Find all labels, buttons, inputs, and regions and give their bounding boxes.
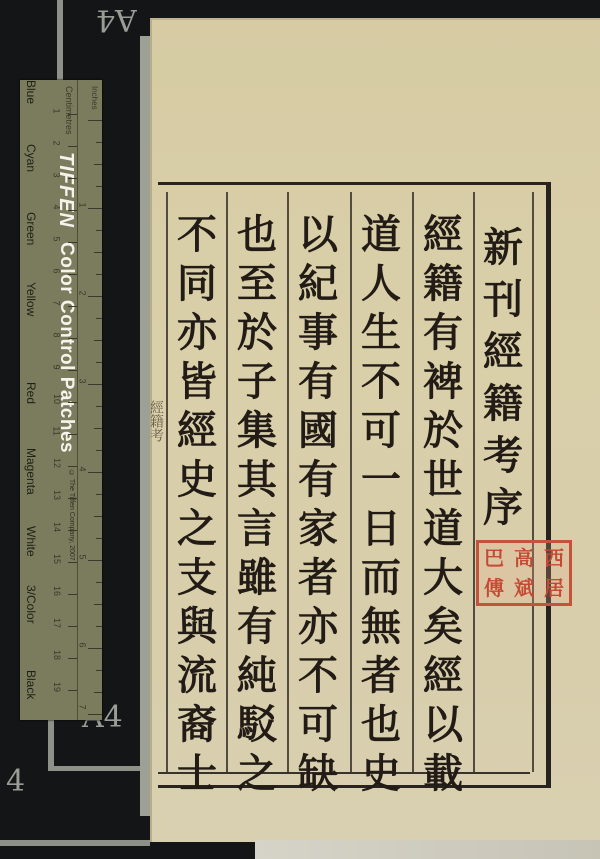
glyph: 有: [232, 602, 282, 651]
glyph: 於: [418, 406, 468, 455]
glyph: 道: [356, 210, 406, 259]
glyph: 不: [356, 357, 406, 406]
patch-label-cyan: Cyan: [24, 144, 38, 172]
glyph: 士: [172, 749, 222, 798]
glyph: 亦: [172, 308, 222, 357]
glyph: 裔: [172, 700, 222, 749]
glyph: 也: [356, 700, 406, 749]
text-column-title: 新 刊 經 籍 考 序: [474, 222, 532, 797]
glyph: 不: [172, 210, 222, 259]
glyph: 有: [293, 455, 343, 504]
seal-glyph: 斌: [509, 573, 539, 603]
seal-glyph: 高: [509, 543, 539, 573]
patch-label-magenta: Magenta: [24, 448, 38, 495]
glyph: 其: [232, 455, 282, 504]
patch-label-3color: 3/Color: [24, 585, 38, 624]
patch-label-yellow: Yellow: [24, 282, 38, 316]
glyph: 新: [478, 222, 528, 274]
glyph: 以: [293, 210, 343, 259]
seal-glyph: 西: [539, 543, 569, 573]
patch-label-black: Black: [24, 670, 38, 699]
glyph: 支: [172, 553, 222, 602]
glyph: 刊: [478, 274, 528, 326]
color-patch-labels: Blue Cyan Green Yellow Red Magenta White…: [24, 80, 52, 720]
text-column-1: 經 籍 有 裨 於 世 道 大 矣 經 以 載: [414, 210, 472, 785]
template-label-4: 4: [6, 764, 25, 799]
glyph: 也: [232, 210, 282, 259]
glyph: 史: [356, 749, 406, 798]
text-column-3: 以 紀 事 有 國 有 家 者 亦 不 可 缺: [289, 210, 347, 785]
glyph: 集: [232, 406, 282, 455]
glyph: 以: [418, 700, 468, 749]
glyph: 有: [293, 357, 343, 406]
glyph: 不: [293, 651, 343, 700]
glyph: 駁: [232, 700, 282, 749]
glyph: 人: [356, 259, 406, 308]
seal-glyph: 居: [539, 573, 569, 603]
book-bottom-pages: [255, 840, 600, 859]
glyph: 序: [478, 482, 528, 534]
patch-label-red: Red: [24, 382, 38, 404]
glyph: 亦: [293, 602, 343, 651]
glyph: 雖: [232, 553, 282, 602]
glyph: 缺: [293, 749, 343, 798]
template-line-vertical: [48, 720, 54, 770]
text-column-2: 道 人 生 不 可 一 日 而 無 者 也 史: [352, 210, 410, 785]
glyph: 之: [172, 504, 222, 553]
glyph: 紀: [293, 259, 343, 308]
template-line-vertical: [57, 0, 63, 80]
glyph: 流: [172, 651, 222, 700]
seal-glyph: 傅: [479, 573, 509, 603]
glyph: 於: [232, 308, 282, 357]
glyph: 可: [356, 406, 406, 455]
inch-scale: 1 2 3 4 5 6 7: [77, 80, 102, 720]
template-line-horizontal: [0, 840, 150, 846]
column-rule: [532, 192, 534, 772]
glyph: 有: [418, 308, 468, 357]
glyph: 事: [293, 308, 343, 357]
seal-glyph: 巴: [479, 543, 509, 573]
collector-seal-stamp: 巴 高 西 傅 斌 居: [476, 540, 572, 606]
centimetre-scale: 1 2 3 4 5 6 7 8 9 10 11 12 13 14 15 16 1…: [54, 80, 78, 720]
glyph: 考: [478, 430, 528, 482]
glyph: 言: [232, 504, 282, 553]
glyph: 而: [356, 553, 406, 602]
glyph: 矣: [418, 602, 468, 651]
glyph: 子: [232, 357, 282, 406]
template-label-a4-top: A4: [96, 2, 137, 37]
glyph: 國: [293, 406, 343, 455]
glyph: 者: [356, 651, 406, 700]
patch-label-green: Green: [24, 212, 38, 245]
glyph: 家: [293, 504, 343, 553]
glyph: 經: [418, 651, 468, 700]
glyph: 與: [172, 602, 222, 651]
glyph: 裨: [418, 357, 468, 406]
glyph: 世: [418, 455, 468, 504]
glyph: 載: [418, 749, 468, 798]
glyph: 籍: [478, 378, 528, 430]
glyph: 史: [172, 455, 222, 504]
glyph: 經: [418, 210, 468, 259]
text-column-5: 不 同 亦 皆 經 史 之 支 與 流 裔 士: [168, 210, 226, 785]
text-column-4: 也 至 於 子 集 其 言 雖 有 純 駁 之: [228, 210, 286, 785]
template-line-horizontal: [48, 766, 148, 771]
glyph: 經: [478, 326, 528, 378]
glyph: 大: [418, 553, 468, 602]
glyph: 一: [356, 455, 406, 504]
patch-label-white: White: [24, 526, 38, 557]
glyph: 籍: [418, 259, 468, 308]
glyph: 道: [418, 504, 468, 553]
glyph: 皆: [172, 357, 222, 406]
glyph: 純: [232, 651, 282, 700]
patch-label-blue: Blue: [24, 80, 38, 104]
glyph: 者: [293, 553, 343, 602]
glyph: 同: [172, 259, 222, 308]
glyph: 可: [293, 700, 343, 749]
glyph: 經: [172, 406, 222, 455]
glyph: 日: [356, 504, 406, 553]
glyph: 無: [356, 602, 406, 651]
glyph: 生: [356, 308, 406, 357]
glyph: 之: [232, 749, 282, 798]
glyph: 至: [232, 259, 282, 308]
color-control-ruler: Blue Cyan Green Yellow Red Magenta White…: [20, 80, 102, 720]
